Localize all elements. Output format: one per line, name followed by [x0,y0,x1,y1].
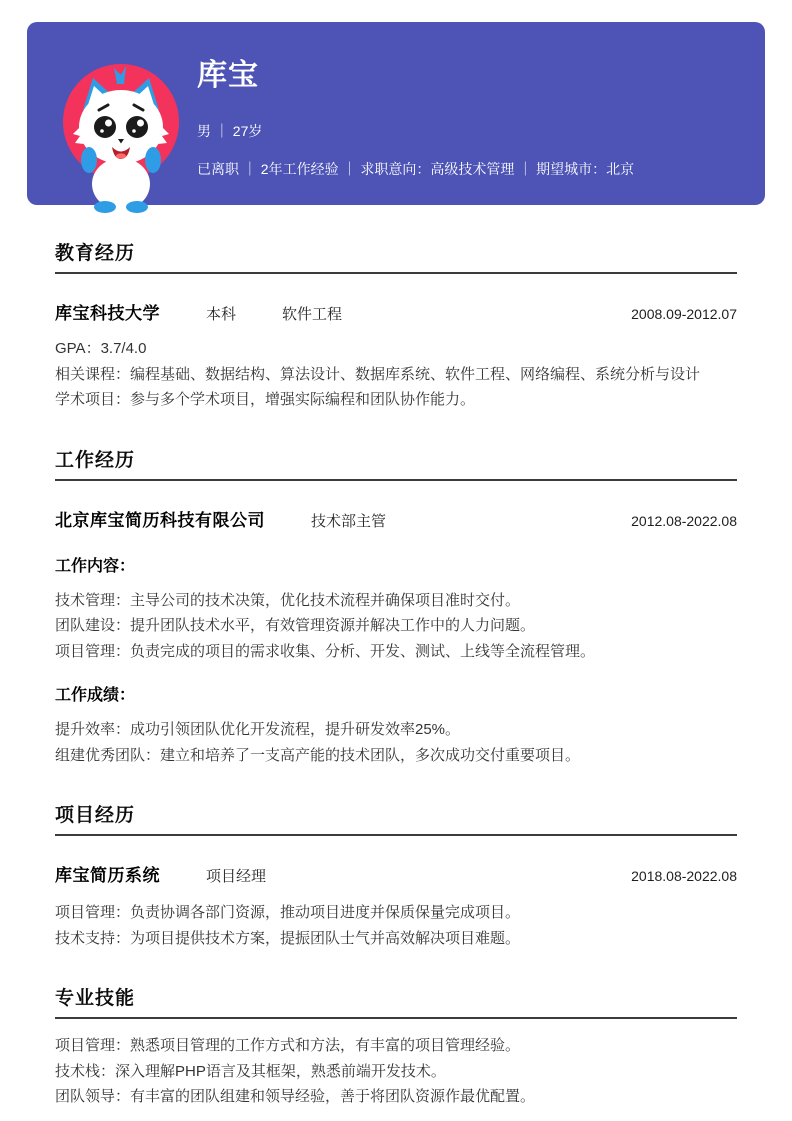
skills-details: 项目管理：熟悉项目管理的工作方式和方法，有丰富的项目管理经验。 技术栈：深入理解… [55,1033,737,1110]
project-details: 项目管理：负责协调各部门资源，推动项目进度并保质保量完成项目。 技术支持：为项目… [55,900,737,951]
education-date-range: 2008.09-2012.07 [631,306,737,322]
project-name: 库宝简历系统 [55,861,160,886]
work-achievement-label: 工作成绩： [55,682,737,705]
resume-header-card: 库宝 男 ｜ 27岁 已离职 ｜ 2年工作经验 ｜ 求职意向：高级技术管理 ｜ … [27,22,765,205]
work-date-range: 2012.08-2022.08 [631,513,737,529]
education-entry-row: 库宝科技大学 本科 软件工程 2008.09-2012.07 [55,299,737,324]
project-role: 项目经理 [206,865,266,886]
work-achievement-line: 组建优秀团队：建立和培养了一支高产能的技术团队，多次成功交付重要项目。 [55,743,737,769]
major-label: 软件工程 [282,303,342,324]
section-education: 教育经历 库宝科技大学 本科 软件工程 2008.09-2012.07 GPA：… [55,242,737,413]
project-line: 技术支持：为项目提供技术方案，提振团队士气并高效解决项目难题。 [55,926,737,952]
education-details: GPA：3.7/4.0 相关课程：编程基础、数据结构、算法设计、数据库系统、软件… [55,336,737,413]
project-entry-row: 库宝简历系统 项目经理 2018.08-2022.08 [55,861,737,886]
section-title-project: 项目经历 [55,804,737,836]
person-name: 库宝 [197,56,741,96]
job-intent-line: 已离职 ｜ 2年工作经验 ｜ 求职意向：高级技术管理 ｜ 期望城市：北京 [197,160,741,178]
resume-body: 教育经历 库宝科技大学 本科 软件工程 2008.09-2012.07 GPA：… [0,242,792,1110]
work-content-line: 项目管理：负责完成的项目的需求收集、分析、开发、测试、上线等全流程管理。 [55,639,737,665]
section-skills: 专业技能 项目管理：熟悉项目管理的工作方式和方法，有丰富的项目管理经验。 技术栈… [55,987,737,1110]
avatar [63,64,183,214]
school-name: 库宝科技大学 [55,299,160,324]
gpa-line: GPA：3.7/4.0 [55,336,737,362]
job-title: 技术部主管 [311,510,386,531]
courses-line: 相关课程：编程基础、数据结构、算法设计、数据库系统、软件工程、网络编程、系统分析… [55,362,737,388]
project-line: 项目管理：负责协调各部门资源，推动项目进度并保质保量完成项目。 [55,900,737,926]
work-entry-row: 北京库宝简历科技有限公司 技术部主管 2012.08-2022.08 [55,506,737,531]
work-content-line: 技术管理：主导公司的技术决策，优化技术流程并确保项目准时交付。 [55,588,737,614]
degree-label: 本科 [206,303,236,324]
section-title-work: 工作经历 [55,449,737,481]
work-achievement-details: 提升效率：成功引领团队优化开发流程，提升研发效率25%。 组建优秀团队：建立和培… [55,717,737,768]
section-work: 工作经历 北京库宝简历科技有限公司 技术部主管 2012.08-2022.08 … [55,449,737,769]
skill-line: 项目管理：熟悉项目管理的工作方式和方法，有丰富的项目管理经验。 [55,1033,737,1059]
cat-mascot-icon [63,64,183,214]
company-name: 北京库宝简历科技有限公司 [55,506,265,531]
section-title-skills: 专业技能 [55,987,737,1019]
work-achievement-line: 提升效率：成功引领团队优化开发流程，提升研发效率25%。 [55,717,737,743]
resume-page: { "colors": { "header_bg": "#4e54b6", "a… [0,0,792,1121]
academic-project-line: 学术项目：参与多个学术项目，增强实际编程和团队协作能力。 [55,387,737,413]
section-project: 项目经历 库宝简历系统 项目经理 2018.08-2022.08 项目管理：负责… [55,804,737,951]
section-title-education: 教育经历 [55,242,737,274]
work-content-line: 团队建设：提升团队技术水平，有效管理资源并解决工作中的人力问题。 [55,613,737,639]
project-date-range: 2018.08-2022.08 [631,868,737,884]
skill-line: 技术栈：深入理解PHP语言及其框架，熟悉前端开发技术。 [55,1059,737,1085]
work-content-label: 工作内容： [55,553,737,576]
gender-age-line: 男 ｜ 27岁 [197,122,741,140]
work-content-details: 技术管理：主导公司的技术决策，优化技术流程并确保项目准时交付。 团队建设：提升团… [55,588,737,665]
skill-line: 团队领导：有丰富的团队组建和领导经验，善于将团队资源作最优配置。 [55,1084,737,1110]
